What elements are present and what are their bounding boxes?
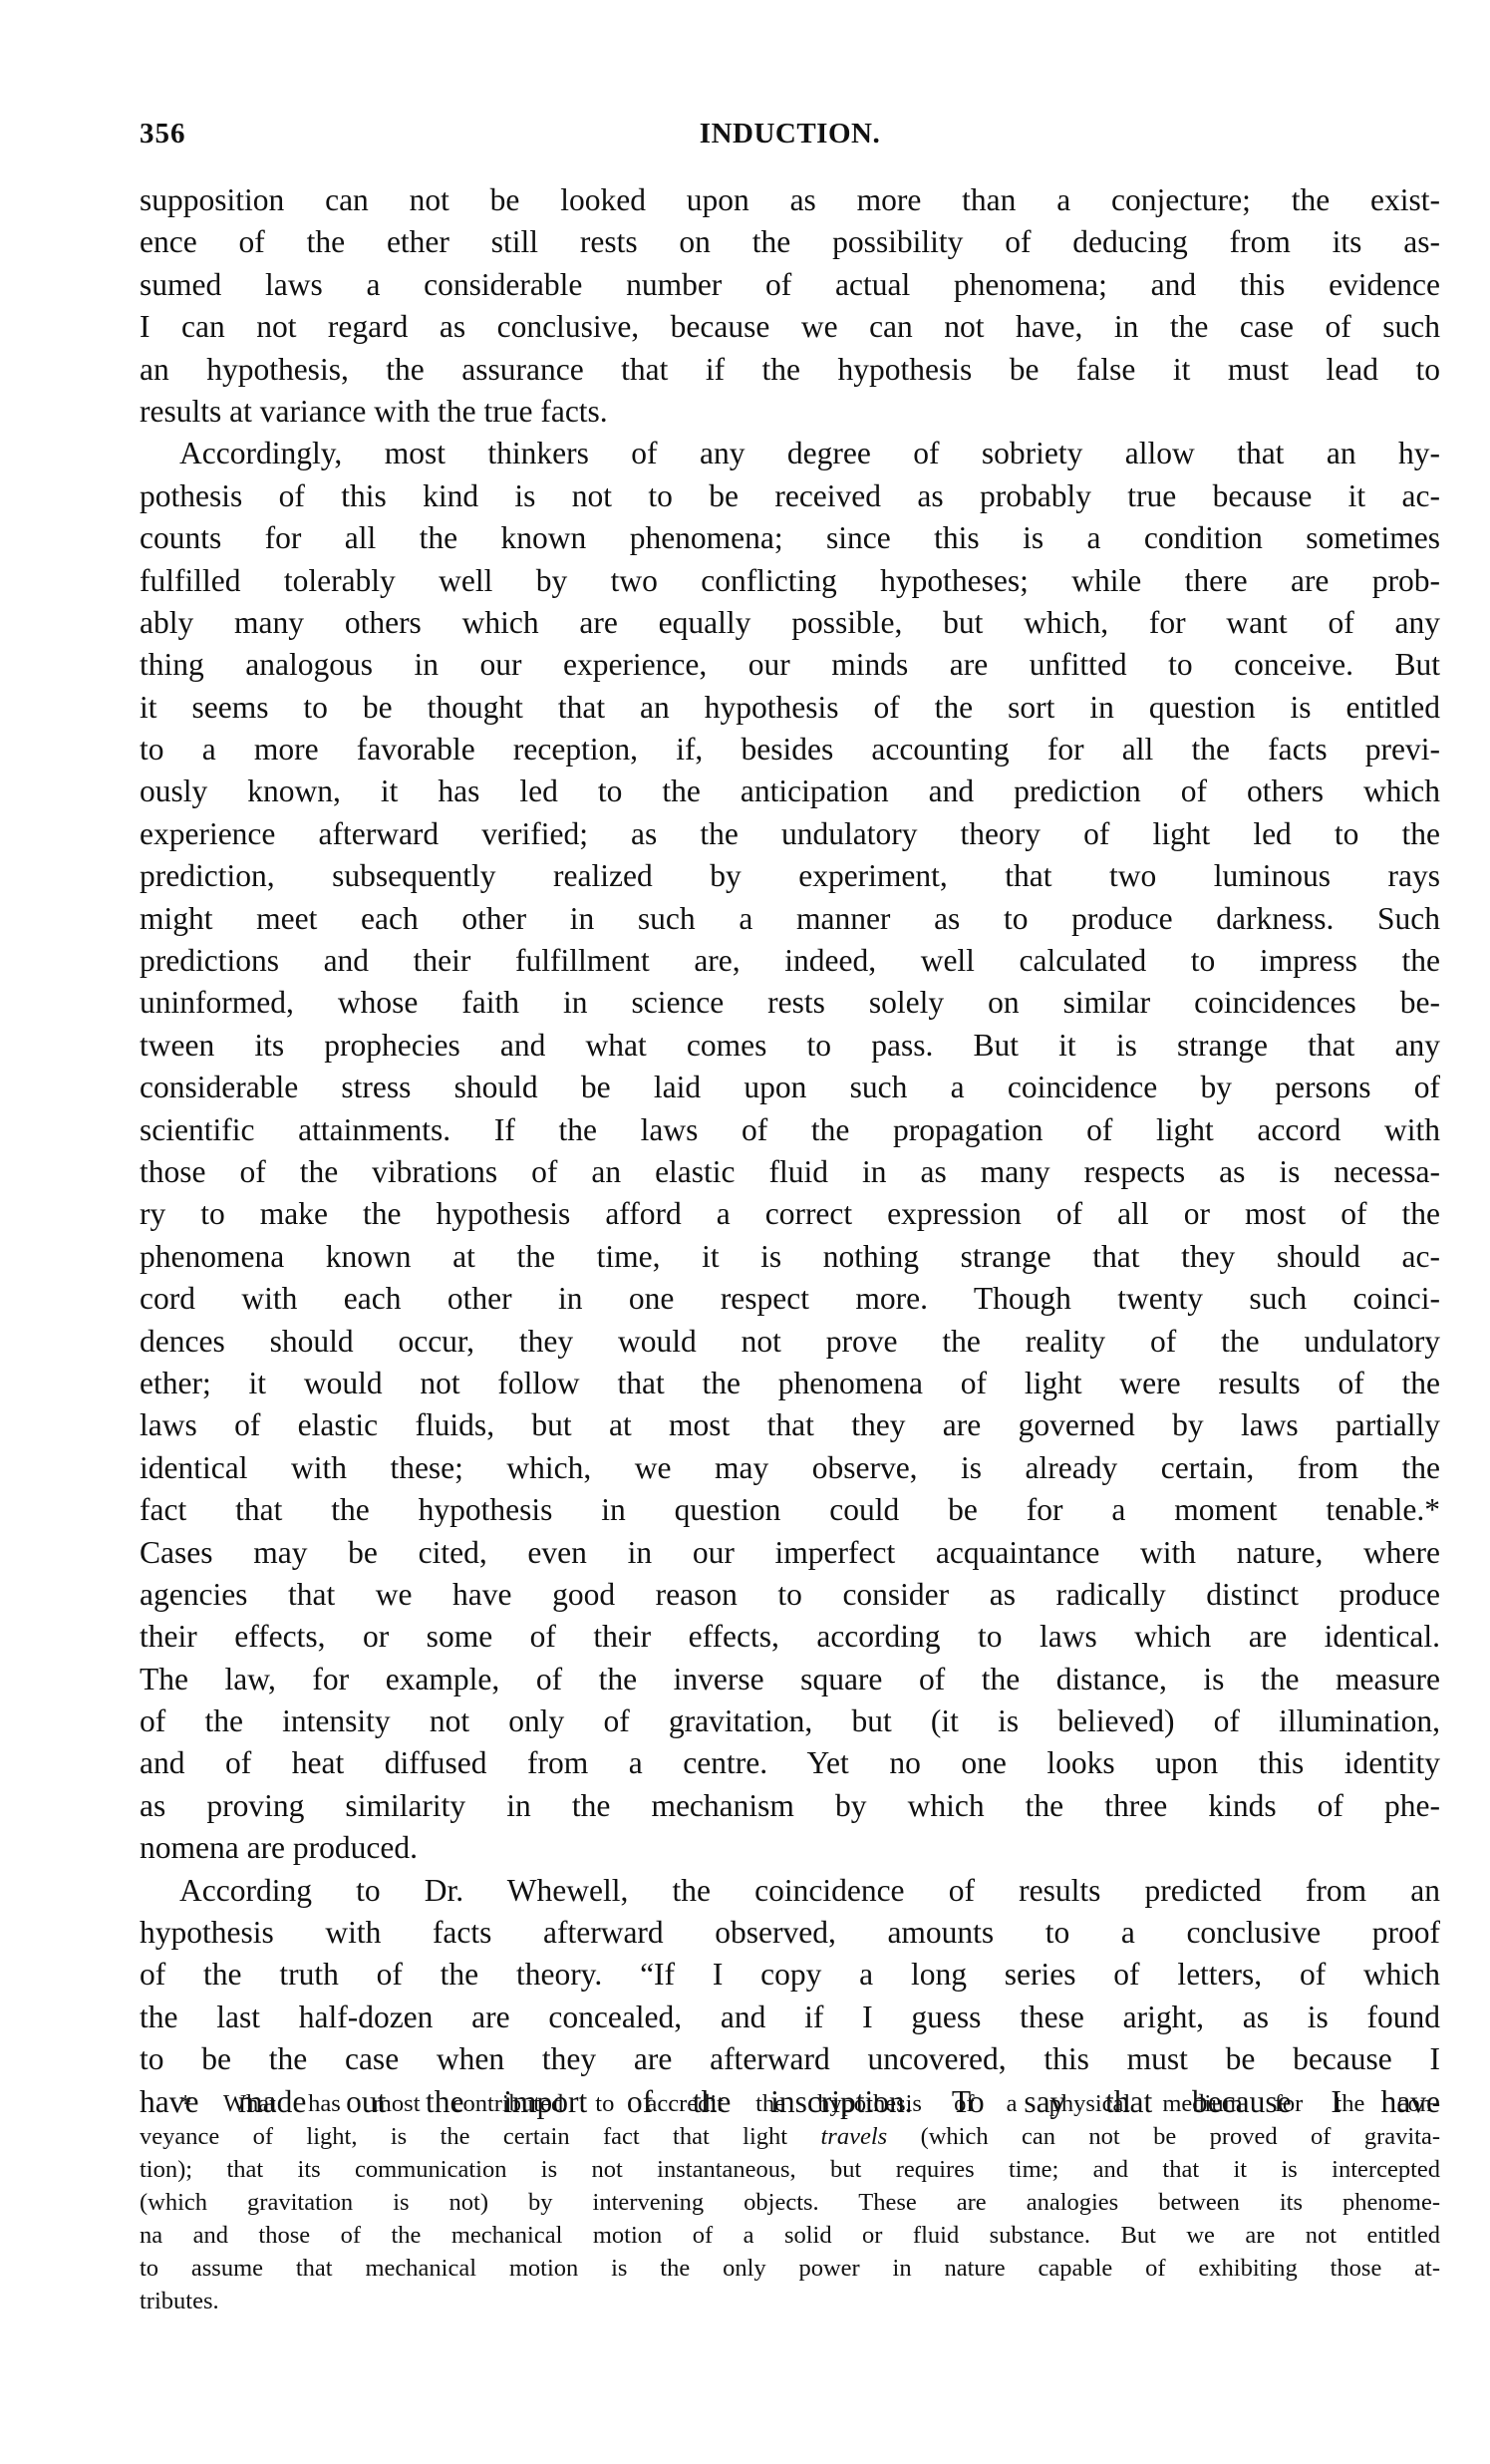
text-line: prediction, subsequently realized by exp… bbox=[140, 855, 1440, 897]
footnote-line: to assume that mechanical motion is the … bbox=[140, 2252, 1440, 2285]
text-line: tween its prophecies and what comes to p… bbox=[140, 1025, 1440, 1067]
text-line: ably many others which are equally possi… bbox=[140, 602, 1440, 644]
text-line: ously known, it has led to the anticipat… bbox=[140, 770, 1440, 812]
footnote-text: veyance of light, is the certain fact th… bbox=[140, 2123, 821, 2150]
paragraph-start-line: According to Dr. Whewell, the coincidenc… bbox=[140, 1870, 1440, 1912]
text-line: The law, for example, of the inverse squ… bbox=[140, 1659, 1440, 1700]
footnote-text: (which can not be proved of gravita- bbox=[887, 2123, 1440, 2150]
text-line: their effects, or some of their effects,… bbox=[140, 1616, 1440, 1658]
text-line: identical with these; which, we may obse… bbox=[140, 1447, 1440, 1489]
text-line: cord with each other in one respect more… bbox=[140, 1278, 1440, 1320]
text-line: nomena are produced. bbox=[140, 1827, 1440, 1869]
text-line: phenomena known at the time, it is nothi… bbox=[140, 1236, 1440, 1278]
text-line: it seems to be thought that an hypothesi… bbox=[140, 687, 1440, 729]
text-line: experience afterward verified; as the un… bbox=[140, 813, 1440, 855]
text-line: considerable stress should be laid upon … bbox=[140, 1067, 1440, 1108]
footnote-emphasis: travels bbox=[821, 2123, 888, 2150]
text-line: to be the case when they are afterward u… bbox=[140, 2038, 1440, 2080]
text-line: the last half-dozen are concealed, and i… bbox=[140, 1997, 1440, 2038]
text-line: I can not regard as conclusive, because … bbox=[140, 306, 1440, 348]
running-head: INDUCTION. bbox=[140, 118, 1440, 151]
text-line: ether; it would not follow that the phen… bbox=[140, 1363, 1440, 1404]
footnote-line: * What has most contributed to accredit … bbox=[140, 2087, 1440, 2120]
text-line: an hypothesis, the assurance that if the… bbox=[140, 349, 1440, 391]
text-line: sumed laws a considerable number of actu… bbox=[140, 264, 1440, 306]
text-line: might meet each other in such a manner a… bbox=[140, 898, 1440, 940]
paragraph-start-line: Accordingly, most thinkers of any degree… bbox=[140, 433, 1440, 474]
text-line: pothesis of this kind is not to be recei… bbox=[140, 475, 1440, 517]
text-line: thing analogous in our experience, our m… bbox=[140, 644, 1440, 686]
text-line: ence of the ether still rests on the pos… bbox=[140, 221, 1440, 263]
text-line: uninformed, whose faith in science rests… bbox=[140, 982, 1440, 1024]
text-line: as proving similarity in the mechanism b… bbox=[140, 1785, 1440, 1827]
text-line: laws of elastic fluids, but at most that… bbox=[140, 1404, 1440, 1446]
footnote-reference-line: fact that the hypothesis in question cou… bbox=[140, 1489, 1440, 1531]
text-line: agencies that we have good reason to con… bbox=[140, 1574, 1440, 1616]
footnote-line: tributes. bbox=[140, 2285, 1440, 2317]
text-line: hypothesis with facts afterward observed… bbox=[140, 1912, 1440, 1954]
text-line: and of heat diffused from a centre. Yet … bbox=[140, 1742, 1440, 1784]
page-header: 356 INDUCTION. bbox=[140, 118, 1440, 157]
text-line: predictions and their fulfillment are, i… bbox=[140, 940, 1440, 982]
footnote-line: (which gravitation is not) by intervenin… bbox=[140, 2186, 1440, 2219]
text-line: of the truth of the theory. “If I copy a… bbox=[140, 1954, 1440, 1996]
text-line: results at variance with the true facts. bbox=[140, 391, 1440, 433]
footnote: * What has most contributed to accredit … bbox=[140, 2087, 1440, 2317]
text-line: fulfilled tolerably well by two conflict… bbox=[140, 560, 1440, 602]
text-line: those of the vibrations of an elastic fl… bbox=[140, 1151, 1440, 1193]
footnote-line: tion); that its communication is not ins… bbox=[140, 2153, 1440, 2186]
text-line: counts for all the known phenomena; sinc… bbox=[140, 517, 1440, 559]
text-line: scientific attainments. If the laws of t… bbox=[140, 1109, 1440, 1151]
text-line: dences should occur, they would not prov… bbox=[140, 1321, 1440, 1363]
text-line: to a more favorable reception, if, besid… bbox=[140, 729, 1440, 770]
body-text: supposition can not be looked upon as mo… bbox=[140, 179, 1440, 2123]
text-line: supposition can not be looked upon as mo… bbox=[140, 179, 1440, 221]
text-line: of the intensity not only of gravitation… bbox=[140, 1700, 1440, 1742]
book-page: 356 INDUCTION. supposition can not be lo… bbox=[0, 0, 1490, 2464]
text-line: ry to make the hypothesis afford a corre… bbox=[140, 1193, 1440, 1235]
footnote-line: veyance of light, is the certain fact th… bbox=[140, 2120, 1440, 2153]
text-line: Cases may be cited, even in our imperfec… bbox=[140, 1532, 1440, 1574]
footnote-line: na and those of the mechanical motion of… bbox=[140, 2219, 1440, 2252]
